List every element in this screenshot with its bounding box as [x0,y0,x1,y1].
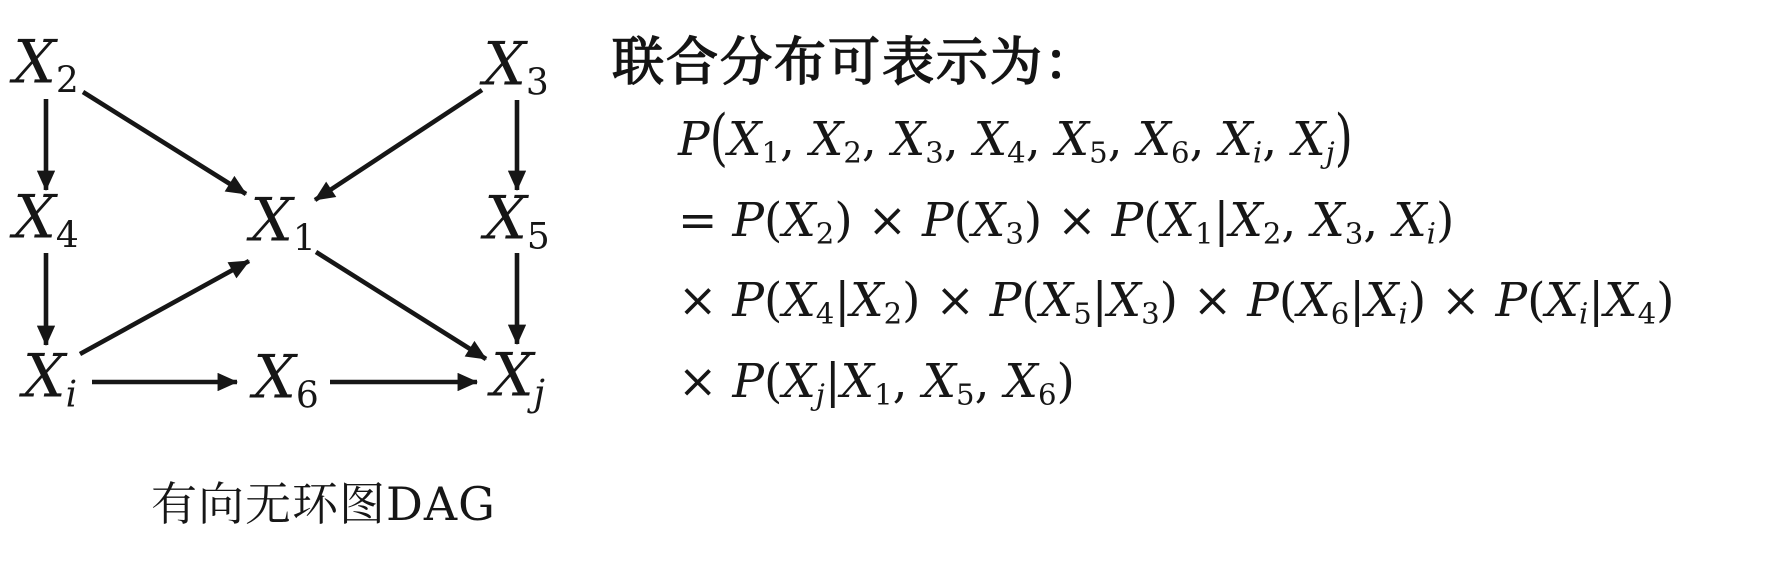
dag-node-X5: X5 [484,188,550,255]
formula-line-4: × P(Xj|X1, X5, X6) [678,348,1674,429]
dag-node-X1: X1 [250,190,316,257]
dag-diagram: X2X3X4X1X5XiX6Xj 有向无环图DAG [0,0,590,564]
dag-edge-X2-X1 [83,92,246,194]
dag-edge-X1-Xj [316,252,486,359]
formula-lines: P(X1, X2, X3, X4, X5, X6, Xi, Xj)= P(X2)… [678,106,1674,428]
dag-node-X3: X3 [483,34,549,101]
dag-edge-X3-X1 [315,90,482,200]
formula-line-1: P(X1, X2, X3, X4, X5, X6, Xi, Xj) [678,106,1674,187]
formula-panel: 联合分布可表示为： P(X1, X2, X3, X4, X5, X6, Xi, … [612,30,1674,428]
dag-node-X2: X2 [13,32,79,99]
dag-node-X6: X6 [253,347,319,414]
dag-edge-Xi-X1 [80,261,249,354]
diagram-caption: 有向无环图DAG [151,478,496,530]
dag-node-X4: X4 [13,187,79,254]
formula-line-3: × P(X4|X2) × P(X5|X3) × P(X6|Xi) × P(Xi|… [678,267,1674,348]
slide: X2X3X4X1X5XiX6Xj 有向无环图DAG 联合分布可表示为： P(X1… [0,0,1771,564]
formula-heading: 联合分布可表示为： [612,30,1674,96]
dag-node-Xi: Xi [23,346,77,413]
dag-node-Xj: Xj [491,345,545,412]
formula-line-2: = P(X2) × P(X3) × P(X1|X2, X3, Xi) [678,187,1674,268]
